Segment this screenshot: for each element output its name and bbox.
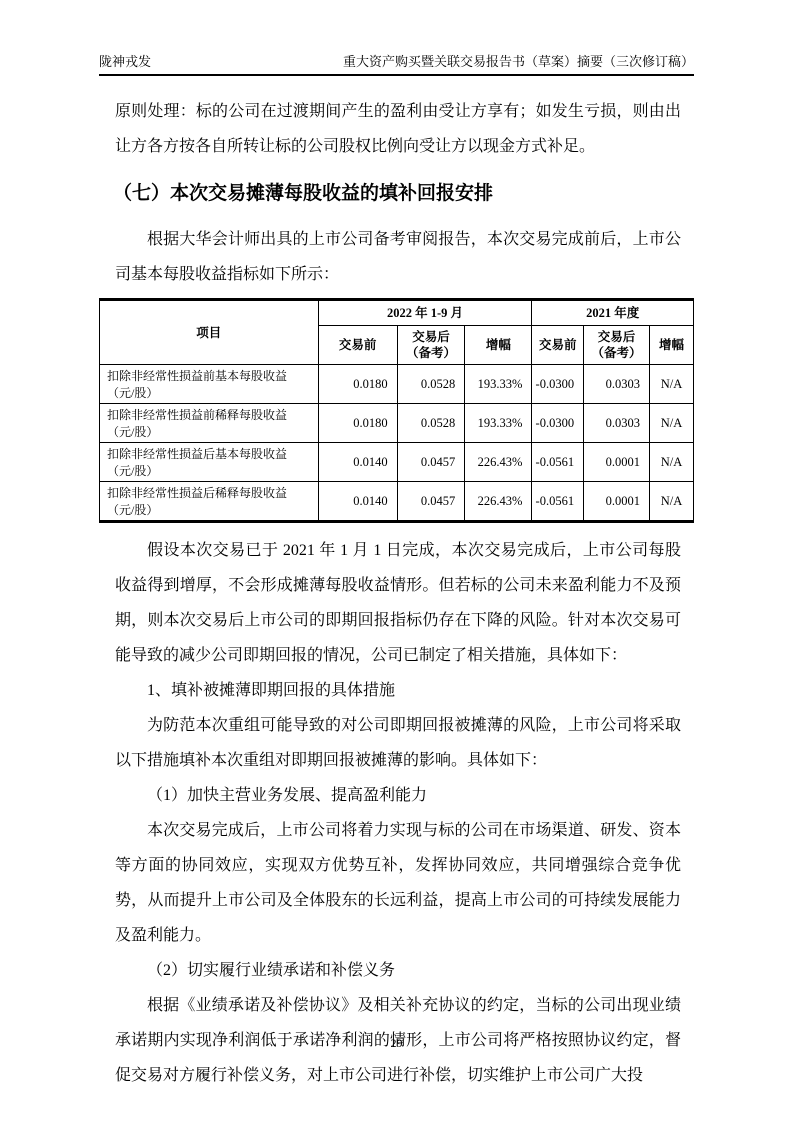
table-header-2022: 2022 年 1-9 月	[318, 300, 532, 326]
row-value: N/A	[650, 365, 694, 404]
table-header-change-2021: 增幅	[650, 326, 694, 365]
row-item-label: 扣除非经常性损益前基本每股收益（元/股）	[100, 365, 319, 404]
table-row: 扣除非经常性损益后基本每股收益（元/股） 0.0140 0.0457 226.4…	[100, 443, 694, 482]
eps-comparison-table: 项目 2022 年 1-9 月 2021 年度 交易前 交易后 （备考） 增幅 …	[99, 298, 694, 523]
row-item-label: 扣除非经常性损益后稀释每股收益（元/股）	[100, 482, 319, 522]
document-page: 陇神戎发 重大资产购买暨关联交易报告书（草案）摘要（三次修订稿） 原则处理：标的…	[0, 0, 793, 1122]
page-header: 陇神戎发 重大资产购买暨关联交易报告书（草案）摘要（三次修订稿）	[99, 54, 694, 76]
subheading-1-1: （1）加快主营业务发展、提高盈利能力	[115, 778, 681, 813]
row-value: -0.0300	[532, 365, 584, 404]
row-value: 0.0457	[397, 482, 465, 522]
row-value: -0.0561	[532, 443, 584, 482]
row-item-label: 扣除非经常性损益前稀释每股收益（元/股）	[100, 404, 319, 443]
row-value: N/A	[650, 482, 694, 522]
paragraph-carryover: 原则处理：标的公司在过渡期间产生的盈利由受让方享有；如发生亏损，则由出让方各方按…	[115, 94, 681, 164]
row-value: 226.43%	[465, 443, 532, 482]
table-header-2021: 2021 年度	[532, 300, 694, 326]
page-number: 29	[0, 1036, 793, 1051]
row-value: N/A	[650, 404, 694, 443]
page-body: 原则处理：标的公司在过渡期间产生的盈利由受让方享有；如发生亏损，则由出让方各方按…	[99, 94, 694, 1093]
row-value: 0.0001	[584, 443, 650, 482]
section-heading-seven: （七）本次交易摊薄每股收益的填补回报安排	[113, 181, 681, 207]
subheading-1-2: （2）切实履行业绩承诺和补偿义务	[115, 953, 681, 988]
table-row: 扣除非经常性损益后稀释每股收益（元/股） 0.0140 0.0457 226.4…	[100, 482, 694, 522]
table-header-change-2022: 增幅	[465, 326, 532, 365]
row-value: N/A	[650, 443, 694, 482]
table-header-pre-2022: 交易前	[318, 326, 397, 365]
row-item-label: 扣除非经常性损益后基本每股收益（元/股）	[100, 443, 319, 482]
paragraph-intro: 根据大华会计师出具的上市公司备考审阅报告，本次交易完成前后，上市公司基本每股收益…	[115, 222, 681, 292]
row-value: 0.0303	[584, 365, 650, 404]
table-header-post-2021: 交易后 （备考）	[584, 326, 650, 365]
header-document-title: 重大资产购买暨关联交易报告书（草案）摘要（三次修订稿）	[343, 54, 694, 70]
row-value: 193.33%	[465, 365, 532, 404]
subheading-1: 1、填补被摊薄即期回报的具体措施	[115, 673, 681, 708]
row-value: 0.0140	[318, 443, 397, 482]
table-row: 扣除非经常性损益前基本每股收益（元/股） 0.0180 0.0528 193.3…	[100, 365, 694, 404]
row-value: 0.0180	[318, 404, 397, 443]
row-value: 0.0528	[397, 365, 465, 404]
table-row: 扣除非经常性损益前稀释每股收益（元/股） 0.0180 0.0528 193.3…	[100, 404, 694, 443]
header-company-name: 陇神戎发	[99, 54, 151, 70]
table-header-item: 项目	[100, 300, 319, 365]
table-header-post-2022: 交易后 （备考）	[397, 326, 465, 365]
paragraph-assumption: 假设本次交易已于 2021 年 1 月 1 日完成，本次交易完成后，上市公司每股…	[115, 533, 681, 673]
row-value: 226.43%	[465, 482, 532, 522]
row-value: -0.0300	[532, 404, 584, 443]
paragraph-synergy: 本次交易完成后，上市公司将着力实现与标的公司在市场渠道、研发、资本等方面的协同效…	[115, 813, 681, 953]
paragraph-measures: 为防范本次重组可能导致的对公司即期回报被摊薄的风险，上市公司将采取以下措施填补本…	[115, 708, 681, 778]
row-value: 0.0528	[397, 404, 465, 443]
row-value: 0.0001	[584, 482, 650, 522]
row-value: 0.0140	[318, 482, 397, 522]
row-value: -0.0561	[532, 482, 584, 522]
table-header-pre-2021: 交易前	[532, 326, 584, 365]
row-value: 0.0180	[318, 365, 397, 404]
row-value: 0.0303	[584, 404, 650, 443]
row-value: 193.33%	[465, 404, 532, 443]
row-value: 0.0457	[397, 443, 465, 482]
